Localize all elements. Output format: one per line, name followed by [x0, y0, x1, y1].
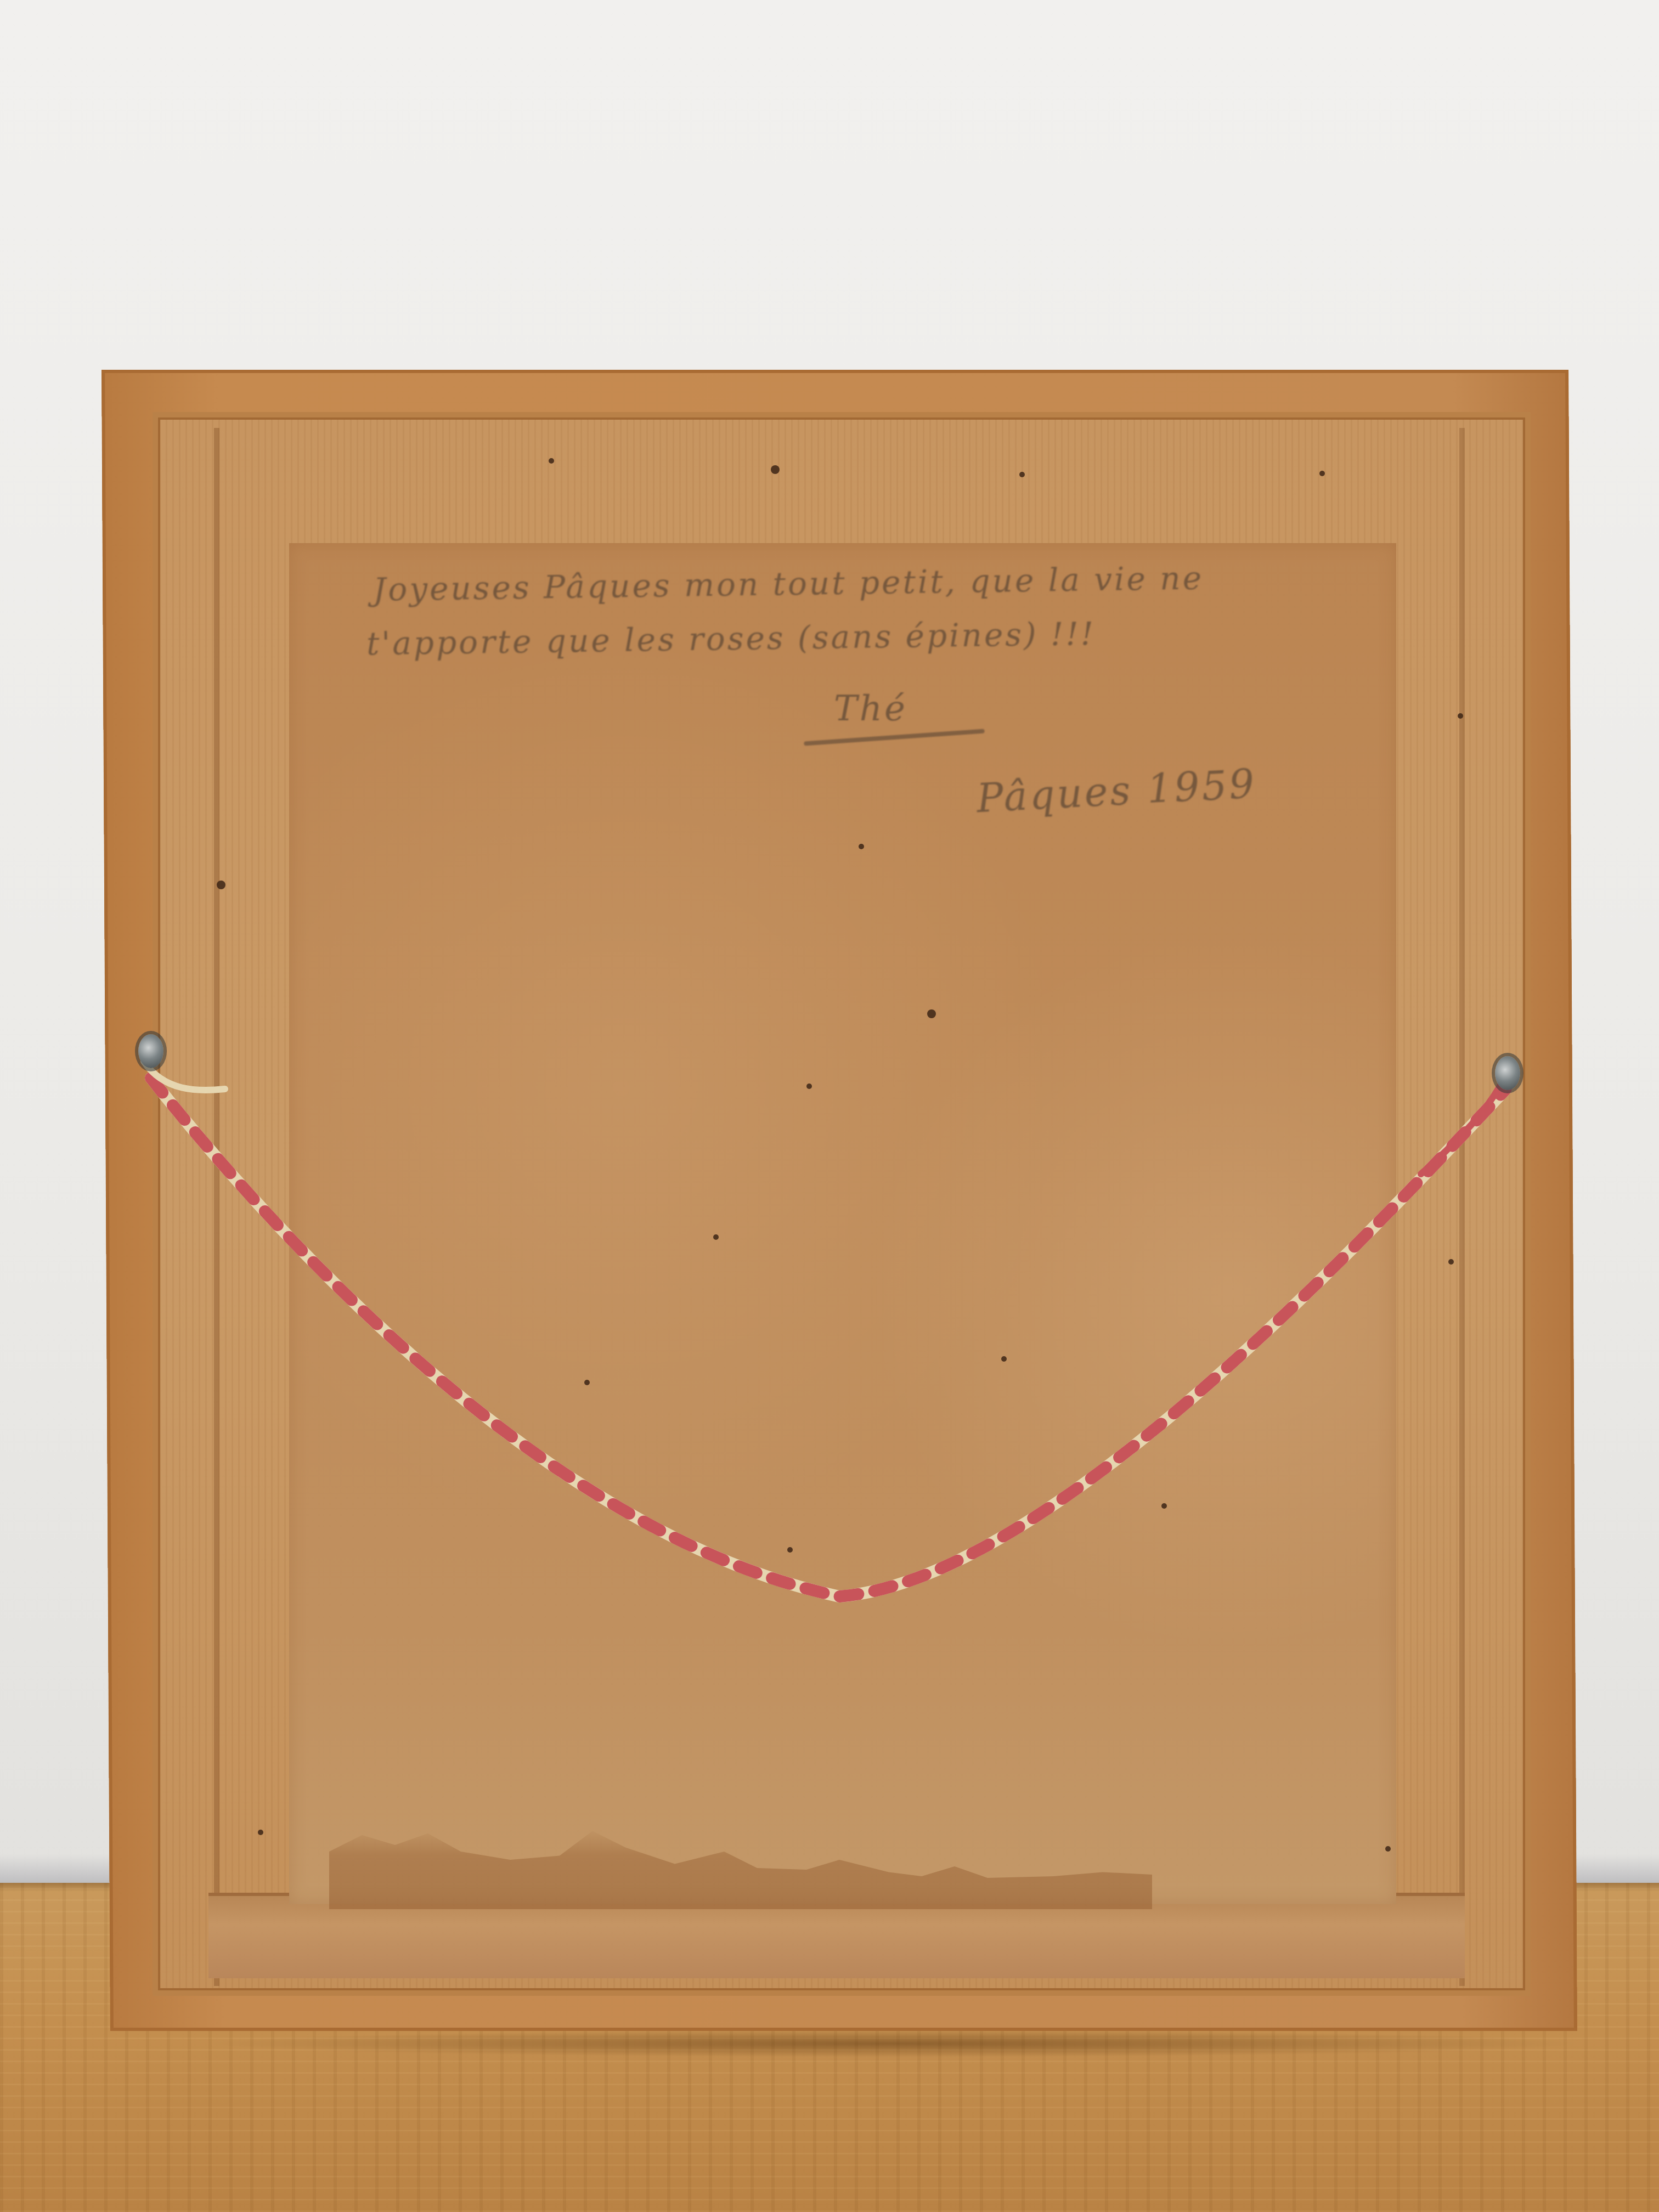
nail-hole: [787, 1547, 793, 1553]
frame-left-seam: [214, 428, 219, 1986]
nail-hole: [927, 1009, 936, 1018]
nail-hole: [584, 1380, 590, 1385]
inscription-signature: Thé: [834, 689, 907, 729]
nail-hole: [713, 1234, 719, 1240]
nail-hole: [1161, 1503, 1167, 1509]
frame-right-seam: [1459, 428, 1465, 1986]
frame-cast-shadow: [203, 2030, 1585, 2057]
nail-hole: [806, 1084, 812, 1089]
nail-hole: [771, 465, 780, 474]
nail-hole: [549, 458, 554, 464]
nail-hole: [1385, 1846, 1391, 1852]
nail-hole: [1448, 1259, 1454, 1265]
nail-hole: [859, 844, 864, 849]
nail-hole: [1458, 713, 1463, 719]
nail-hole: [1001, 1356, 1007, 1362]
nail-hole: [258, 1830, 263, 1835]
nail-hole: [1319, 471, 1325, 476]
nail-hole: [1019, 472, 1025, 477]
nail-hole: [217, 881, 225, 889]
backing-board: [289, 543, 1396, 1904]
screw-eye-hook-right-icon: [1495, 1056, 1520, 1090]
screw-eye-hook-left-icon: [138, 1034, 163, 1068]
